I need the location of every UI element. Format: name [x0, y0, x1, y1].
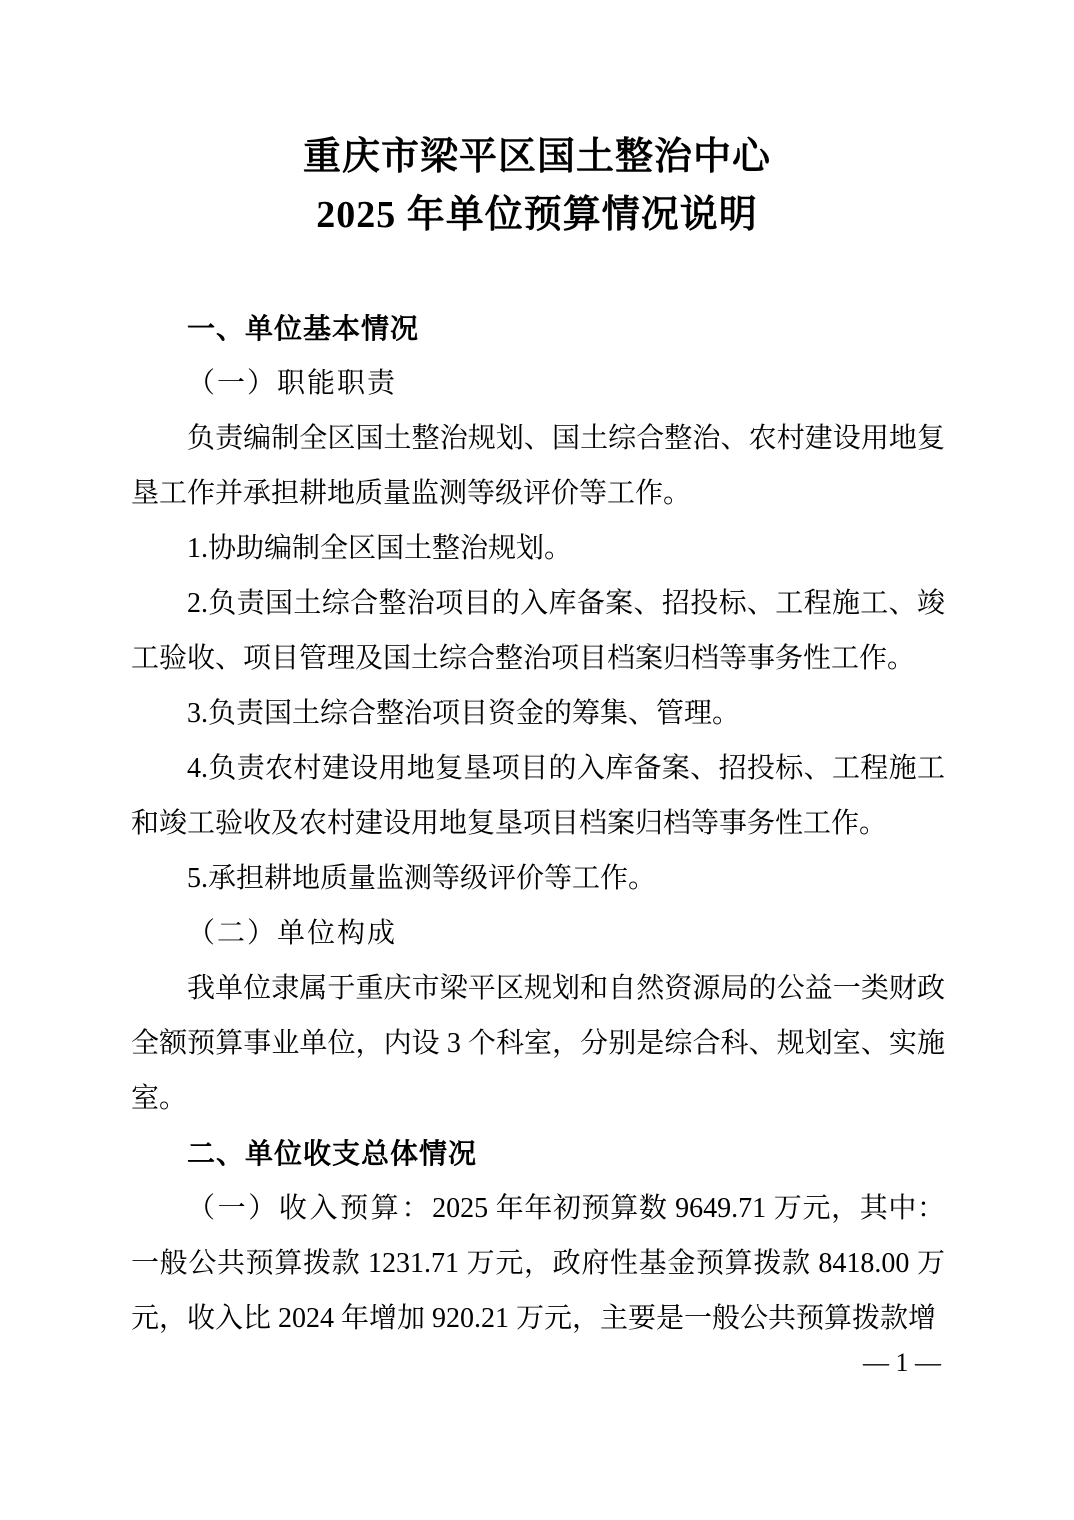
section-heading-1: 一、单位基本情况: [131, 301, 945, 356]
document-body: 一、单位基本情况 （一）职能职责 负责编制全区国土整治规划、国土综合整治、农村建…: [131, 301, 945, 1346]
paragraph-duty-2: 2.负责国土综合整治项目的入库备案、招投标、工程施工、竣工验收、项目管理及国土综…: [131, 576, 945, 686]
page-number: — 1 —: [863, 1348, 941, 1378]
paragraph-composition: 我单位隶属于重庆市梁平区规划和自然资源局的公益一类财政全额预算事业单位，内设 3…: [131, 961, 945, 1126]
paragraph-duty-1: 1.协助编制全区国土整治规划。: [131, 521, 945, 576]
subsection-heading-duties: （一）职能职责: [131, 356, 945, 411]
paragraph-duties-intro: 负责编制全区国土整治规划、国土综合整治、农村建设用地复垦工作并承担耕地质量监测等…: [131, 411, 945, 521]
paragraph-income-budget-lead: （一）收入预算：: [187, 1193, 432, 1224]
paragraph-income-budget: （一）收入预算：2025 年年初预算数 9649.71 万元，其中：一般公共预算…: [131, 1181, 945, 1346]
section-heading-2: 二、单位收支总体情况: [131, 1126, 945, 1181]
document-title-line-1: 重庆市梁平区国土整治中心: [131, 128, 943, 186]
subsection-heading-composition: （二）单位构成: [131, 906, 945, 961]
document-page: 重庆市梁平区国土整治中心 2025 年单位预算情况说明 一、单位基本情况 （一）…: [0, 0, 1074, 1520]
document-title-line-2: 2025 年单位预算情况说明: [131, 186, 943, 244]
document-title: 重庆市梁平区国土整治中心 2025 年单位预算情况说明: [131, 128, 943, 244]
paragraph-duty-3: 3.负责国土综合整治项目资金的筹集、管理。: [131, 686, 945, 741]
paragraph-duty-5: 5.承担耕地质量监测等级评价等工作。: [131, 851, 945, 906]
paragraph-duty-4: 4.负责农村建设用地复垦项目的入库备案、招投标、工程施工和竣工验收及农村建设用地…: [131, 741, 945, 851]
